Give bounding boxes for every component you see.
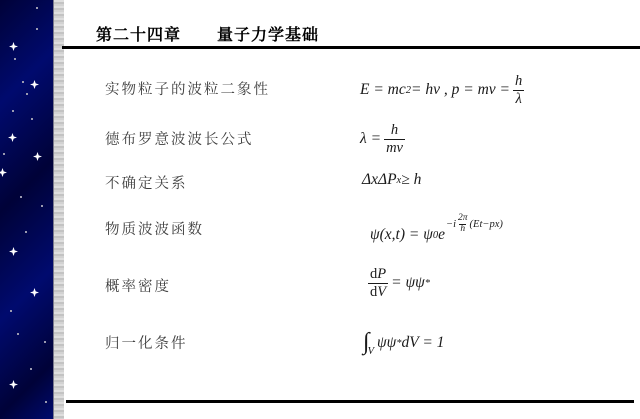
- fraction: dPdV: [368, 266, 388, 300]
- term-label-normalization: 归一化条件: [105, 332, 188, 353]
- star-dot-icon: [45, 401, 47, 403]
- term-label-probability-density: 概率密度: [105, 275, 171, 296]
- fraction: 2πh: [457, 214, 469, 235]
- star-dot-icon: [25, 231, 27, 233]
- formula-text: ΔxΔP: [362, 171, 397, 189]
- sidebar-edge-strip: [53, 0, 64, 419]
- star-dot-icon: [31, 118, 33, 120]
- formula-text: ≥ h: [401, 171, 421, 189]
- star-dot-icon: [22, 81, 24, 83]
- star-dot-icon: [44, 341, 46, 343]
- formula-text: λ =: [360, 130, 381, 148]
- page-title: 第二十四章量子力学基础: [96, 22, 319, 45]
- formula-text: = hν , p = mv =: [411, 81, 510, 99]
- formula-text: dV = 1: [402, 334, 445, 352]
- star-icon: [9, 243, 18, 252]
- denominator: λ: [513, 90, 523, 108]
- star-dot-icon: [12, 110, 14, 112]
- star-dot-icon: [26, 93, 28, 95]
- star-dot-icon: [10, 310, 12, 312]
- denominator: h: [459, 224, 466, 235]
- formula-text: P: [377, 266, 386, 282]
- formula-wave-function: ψ(x,t) = ψ0e−i2πh(Et−px): [370, 222, 503, 248]
- numerator: h: [513, 73, 524, 90]
- star-dot-icon: [41, 205, 43, 207]
- denominator: dV: [368, 283, 388, 301]
- formula-text: (Et−px): [470, 219, 503, 230]
- exponent: −i2πh(Et−px): [446, 214, 503, 235]
- numerator: dP: [368, 266, 388, 283]
- term-label-de-broglie: 德布罗意波波长公式: [105, 128, 254, 149]
- fraction: hmv: [384, 122, 405, 156]
- integral-subscript: V: [368, 346, 374, 357]
- numerator: 2π: [457, 214, 469, 224]
- star-dot-icon: [36, 28, 38, 30]
- slide-page: 第二十四章量子力学基础 实物粒子的波粒二象性 E = mc2 = hν , p …: [0, 0, 640, 419]
- formula-de-broglie-wavelength: λ = hmv: [360, 120, 408, 158]
- header-rule: [62, 46, 640, 49]
- fraction: hλ: [513, 73, 524, 107]
- formula-text: −i: [446, 219, 456, 230]
- star-icon: [30, 284, 39, 293]
- formula-uncertainty-relation: ΔxΔPx ≥ h: [362, 168, 421, 192]
- formula-normalization-condition: ∫Vψψ*dV = 1: [363, 328, 444, 358]
- star-dot-icon: [20, 196, 22, 198]
- term-label-wave-particle-duality: 实物粒子的波粒二象性: [105, 78, 270, 99]
- term-label-uncertainty: 不确定关系: [105, 172, 188, 193]
- star-icon: [9, 376, 18, 385]
- formula-text: ψψ: [377, 334, 396, 352]
- formula-text: ψ(x,t) = ψ: [370, 226, 433, 244]
- denominator: mv: [384, 139, 405, 157]
- formula-text: e: [438, 226, 445, 244]
- starry-sky-sidebar: [0, 0, 53, 419]
- superscript: *: [425, 278, 430, 289]
- star-dot-icon: [17, 333, 19, 335]
- formula-text: E = mc: [360, 81, 406, 99]
- formula-text: V: [377, 284, 386, 300]
- star-icon: [33, 148, 42, 157]
- star-icon: [9, 38, 18, 47]
- footer-rule: [66, 400, 634, 403]
- formula-probability-density: dPdV = ψψ*: [365, 263, 430, 303]
- chapter-number: 第二十四章: [96, 27, 181, 44]
- star-icon: [0, 164, 7, 173]
- star-dot-icon: [14, 58, 16, 60]
- formula-text: = ψψ: [391, 274, 425, 292]
- chapter-subject: 量子力学基础: [217, 27, 319, 44]
- formula-energy-momentum: E = mc2 = hν , p = mv = hλ: [360, 72, 527, 108]
- star-dot-icon: [36, 7, 38, 9]
- star-dot-icon: [3, 153, 5, 155]
- star-icon: [30, 76, 39, 85]
- star-dot-icon: [30, 368, 32, 370]
- numerator: h: [389, 122, 400, 139]
- star-icon: [8, 129, 17, 138]
- term-label-wave-function: 物质波波函数: [105, 218, 204, 239]
